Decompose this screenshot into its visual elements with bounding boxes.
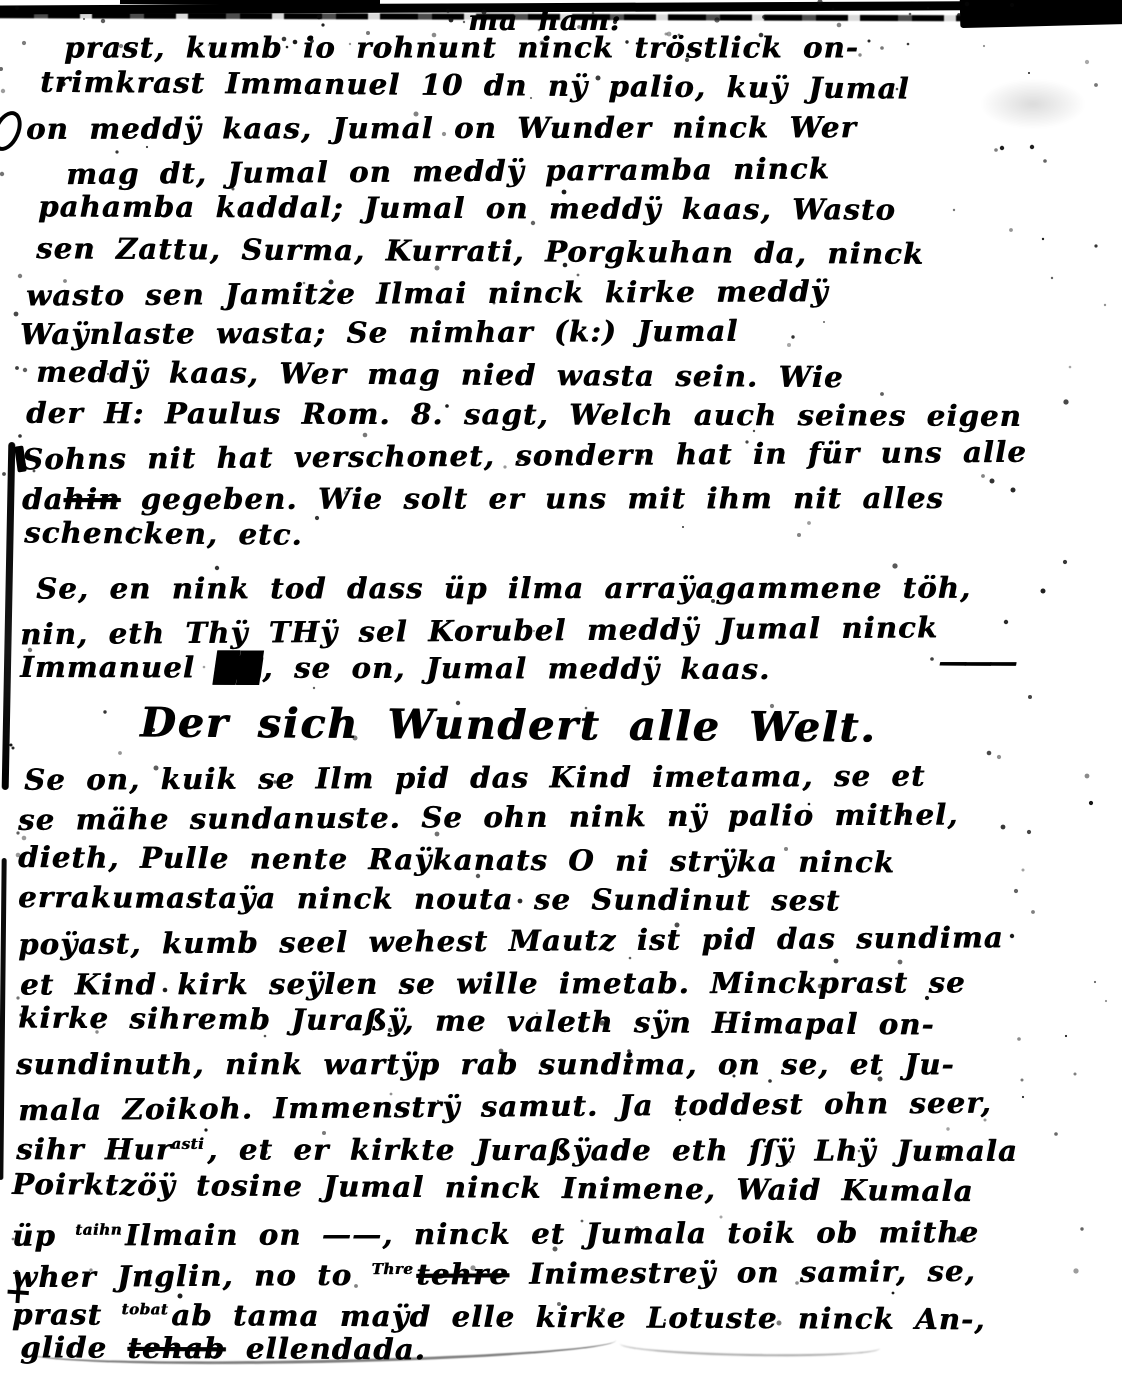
text-block: ma ham: prast, kumb io rohnunt ninck trö… xyxy=(0,26,1122,1372)
text-segment: glide xyxy=(20,1330,128,1365)
text-segment: nin, eth Thÿ THÿ sel Korubel meddÿ Jumal… xyxy=(20,610,938,651)
text-segment: schencken, etc. xyxy=(24,515,303,551)
text-segment: Sohns nit hat verschonet, sondern hat in… xyxy=(22,435,1027,477)
text-segment: meddÿ kaas, Wer mag nied wasta sein. Wie xyxy=(36,355,844,394)
text-segment: der H: Paulus Rom. 8. sagt, Welch auch s… xyxy=(26,396,1022,433)
text-segment: üp xyxy=(12,1218,76,1252)
manuscript-line: wher Jnglin, no to Thretehre Inimestreÿ … xyxy=(12,1244,1122,1292)
text-segment: Immanuel xyxy=(20,650,215,685)
text-segment: Se on, kuik se Ilm pid das Kind imetama,… xyxy=(24,759,926,797)
manuscript-line: Waÿnlaste wasta; Se nimhar (k:) Jumal xyxy=(20,309,1122,355)
text-segment: , et er kirkte Juraßÿade eth ſſÿ Lhÿ Jum… xyxy=(207,1133,1018,1168)
text-segment: Waÿnlaste wasta; Se nimhar (k:) Jumal xyxy=(20,314,739,352)
strike-segment: tehre xyxy=(416,1257,509,1292)
blot-segment: ██ xyxy=(214,656,264,680)
text-segment: Poirktzöÿ tosine Jumal ninck Inimene, Wa… xyxy=(12,1167,974,1208)
hymn-title-line: Der sich Wundert alle Welt. xyxy=(140,694,1122,757)
manuscript-line: schencken, etc. xyxy=(24,512,1122,562)
manuscript-line: Sohns nit hat verschonet, sondern hat in… xyxy=(22,431,1122,480)
manuscript-page: + ma ham: prast, kumb io rohnunt ninck t… xyxy=(0,0,1122,1376)
manuscript-line: sundinuth, nink wartÿp rab sundima, on s… xyxy=(16,1044,1122,1085)
text-segment: prast, kumb io rohnunt ninck tröstlick o… xyxy=(64,31,859,65)
manuscript-line: pahamba kaddal; Jumal on meddÿ kaas, Was… xyxy=(38,186,1122,231)
text-segment: , se on, Jumal meddÿ kaas. xyxy=(262,651,770,686)
strike-segment: tehab xyxy=(127,1331,225,1365)
sup-segment: Thre xyxy=(371,1260,413,1278)
manuscript-line: glide tehab ellendada. xyxy=(20,1327,1122,1374)
text-segment: on meddÿ kaas, Jumal on Wunder ninck Wer xyxy=(26,110,857,146)
manuscript-line: on meddÿ kaas, Jumal on Wunder ninck Wer xyxy=(26,107,1122,150)
text-segment: da xyxy=(22,482,64,516)
manuscript-line: sen Zattu, Surma, Kurrati, Porgkuhan da,… xyxy=(36,228,1122,276)
text-segment: et Kind kirk seÿlen se wille imetab. Min… xyxy=(20,966,966,1002)
far-right-segment: ——— xyxy=(938,642,1013,683)
text-segment: dieth, Pulle nente Raÿkanats O ni strÿka… xyxy=(18,840,895,879)
manuscript-line: se mähe sundanuste. Se ohn nink nÿ palio… xyxy=(18,794,1122,841)
scan-edge-top-right xyxy=(960,0,1122,28)
manuscript-line: poÿast, kumb seel wehest Mautz ist pid d… xyxy=(18,916,1122,965)
manuscript-line: der H: Paulus Rom. 8. sagt, Welch auch s… xyxy=(26,393,1122,437)
text-segment: pahamba kaddal; Jumal on meddÿ kaas, Was… xyxy=(38,189,896,226)
text-segment: trimkrast Immanuel 10 dn nÿ palio, kuÿ J… xyxy=(40,65,910,106)
sup-segment: taihn xyxy=(75,1221,122,1239)
text-segment: poÿast, kumb seel wehest Mautz ist pid d… xyxy=(18,920,1004,961)
text-segment: errakumastaÿa ninck nouta se Sundinut se… xyxy=(18,880,841,917)
manuscript-line: Se, en nink tod dass üp ilma arraÿagamme… xyxy=(36,568,1122,610)
manuscript-line: sihr Hurasti, et er kirkte Juraßÿade eth… xyxy=(16,1124,1122,1167)
text-segment: Se, en nink tod dass üp ilma arraÿagamme… xyxy=(36,571,971,606)
text-segment: Der sich Wundert alle Welt. xyxy=(140,698,877,751)
manuscript-line: errakumastaÿa ninck nouta se Sundinut se… xyxy=(18,877,1122,923)
manuscript-line: trimkrast Immanuel 10 dn nÿ palio, kuÿ J… xyxy=(40,62,1122,111)
sup-segment: asti xyxy=(171,1135,204,1153)
text-segment: sundinuth, nink wartÿp rab sundima, on s… xyxy=(16,1047,955,1081)
text-segment: ellendada. xyxy=(225,1331,426,1366)
text-segment: kirke sihremb Juraßÿ, me valeth sÿn Hima… xyxy=(18,1000,935,1041)
sup-segment: tobat xyxy=(121,1300,168,1318)
scan-noise-speckles xyxy=(0,0,2,2)
text-segment: mag dt, Jumal on meddÿ parramba ninck xyxy=(66,151,830,191)
text-segment: gegeben. Wie solt er uns mit ihm nit all… xyxy=(120,481,944,516)
manuscript-line: Immanuel ██, se on, Jumal meddÿ kaas.——— xyxy=(20,647,1122,691)
text-segment: mala Zoikoh. Immenstrÿ samut. Ja toddest… xyxy=(18,1086,992,1128)
text-segment: wasto sen Jamitze Ilmai ninck kirke medd… xyxy=(26,274,829,312)
manuscript-line: üp taihnIlmain on ——, ninck et Jumala to… xyxy=(12,1206,1122,1251)
manuscript-line: kirke sihremb Juraßÿ, me valeth sÿn Hima… xyxy=(18,997,1122,1046)
text-segment: se mähe sundanuste. Se ohn nink nÿ palio… xyxy=(18,797,959,836)
text-segment: sihr Hur xyxy=(16,1132,172,1166)
text-segment: sen Zattu, Surma, Kurrati, Porgkuhan da,… xyxy=(36,231,924,271)
text-segment: Inimestreÿ on samir, se, xyxy=(509,1254,976,1291)
strike-segment: hin xyxy=(63,482,120,516)
